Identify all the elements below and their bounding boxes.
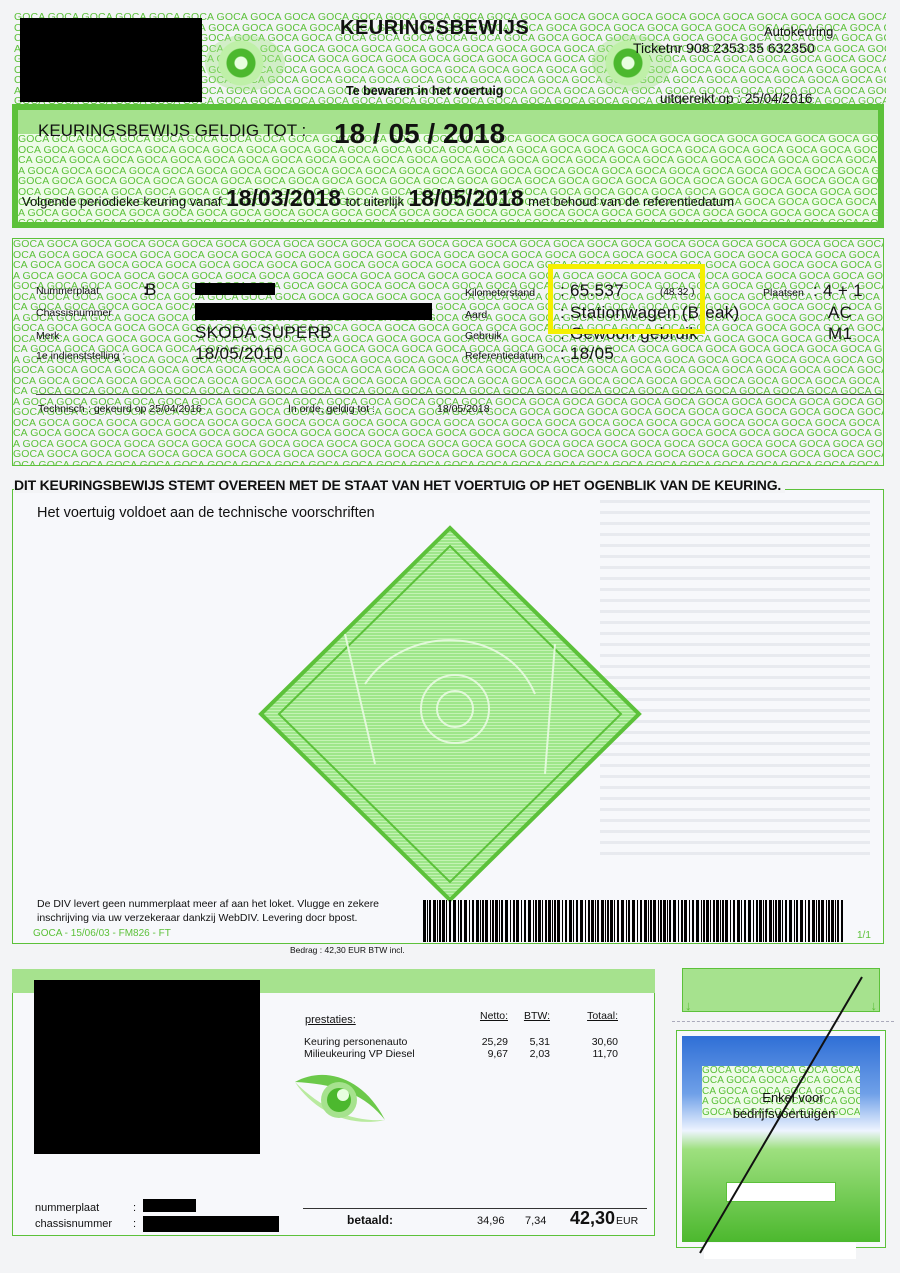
km-label: Kilometerstand: [465, 287, 535, 299]
tech-label: Technisch: [38, 403, 85, 415]
type-label: Aard: [465, 309, 487, 321]
ticket-number: Ticketnr 908 2353 35 632350: [633, 40, 815, 56]
goca-watermark-vehicle: GOCA GOCA GOCA GOCA GOCA GOCA GOCA GOCA …: [12, 238, 884, 466]
invoice-plate-colon: :: [133, 1202, 136, 1214]
col-net: Netto:: [460, 1010, 512, 1022]
paid-net: 34,96: [477, 1215, 505, 1227]
invoice-plate-label: nummerplaat: [35, 1202, 99, 1214]
redacted-chassis: [195, 303, 432, 320]
invoice-chassis-colon: :: [133, 1218, 136, 1230]
plate-colon: :: [143, 280, 149, 300]
brand-label: Merk: [36, 330, 59, 342]
cross-out-line: [690, 975, 870, 1255]
tech-ok-date: 18/05/2018: [437, 403, 490, 415]
org-label: Autokeuring: [764, 24, 833, 39]
conformity-text: Het voertuig voldoet aan de technische v…: [37, 505, 375, 521]
arrow-down-icon: ↓: [871, 998, 878, 1013]
highlight-box: [548, 264, 705, 334]
tech-checked: : gekeurd op 25/04/2016: [88, 403, 202, 415]
next-from-date: 18/03/2018: [226, 185, 341, 211]
chassis-label: Chassisnummer: [36, 307, 112, 319]
first-registration-value: 18/05/2010: [195, 344, 283, 364]
usage-label: Gebruik: [465, 330, 502, 342]
declaration: DIT KEURINGSBEWIJS STEMT OVEREEN MET DE …: [14, 477, 785, 493]
paid-total: 42,30EUR: [570, 1208, 638, 1229]
document-title: KEURINGSBEWIJS: [340, 17, 529, 40]
ticket-value: 908 2353 35 632350: [686, 40, 814, 56]
table-row: Keuring personenauto 25,29 5,31 30,60: [300, 1036, 622, 1048]
fees-table: Netto: BTW: Totaal: Keuring personenauto…: [300, 1010, 622, 1060]
eye-logo-icon: [293, 1070, 388, 1130]
redacted-address: [20, 18, 202, 102]
div-notice-line-2: inschrijving via uw verzekeraar dankzij …: [37, 911, 379, 925]
next-label-3: met behoud van de referentiedatum: [528, 194, 734, 209]
ref-date-value: : 18/05: [560, 344, 614, 364]
fees-header-row: Netto: BTW: Totaal:: [300, 1010, 622, 1022]
redacted-invoice-plate: [143, 1199, 196, 1212]
paid-vat: 7,34: [525, 1215, 546, 1227]
valid-until-date: 18 / 05 / 2018: [334, 118, 505, 150]
form-code: GOCA - 15/06/03 - FM826 - FT: [33, 928, 171, 939]
amount-line: Bedrag : 42,30 EUR BTW incl.: [290, 945, 405, 955]
redacted-customer-address: [34, 980, 260, 1154]
redacted-invoice-chassis: [143, 1216, 279, 1232]
plate-label: Nummerplaat: [36, 285, 99, 297]
strike-line: [36, 394, 884, 395]
document-subtitle: Te bewaren in het voertuig: [346, 84, 503, 98]
seats-label: Plaatsen: [763, 287, 804, 299]
next-inspection-line: Volgende periodieke keuring vanaf 18/03/…: [22, 185, 734, 212]
table-row: Milieukeuring VP Diesel 9,67 2,03 11,70: [300, 1048, 622, 1060]
page-number: 1/1: [857, 930, 871, 941]
paid-total-value: 42,30: [570, 1208, 615, 1228]
paid-label: betaald:: [347, 1213, 393, 1227]
div-notice: De DIV levert geen nummerplaat meer af a…: [37, 897, 379, 925]
col-vat: BTW:: [512, 1010, 554, 1022]
ticket-label: Ticketnr: [633, 40, 682, 56]
next-until-date: 18/05/2018: [409, 185, 524, 211]
barcode: [423, 900, 843, 942]
conformity-seal-icon: [255, 524, 645, 904]
next-label-1: Volgende periodieke keuring vanaf: [22, 194, 221, 209]
category: M1: [828, 324, 852, 344]
first-registration-label: 1e indienststelling :: [36, 350, 125, 362]
div-notice-line-1: De DIV levert geen nummerplaat meer af a…: [37, 897, 379, 911]
ref-date-label: Referentiedatum: [465, 350, 543, 362]
next-label-2: tot uiterlijk: [346, 194, 405, 209]
tech-ok-label: In orde, geldig tot :: [288, 403, 375, 415]
brand-value: SKODA SUPERB: [195, 323, 332, 343]
eye-logo-icon: [205, 35, 285, 91]
invoice-chassis-label: chassisnummer: [35, 1218, 112, 1230]
valid-until-label: KEURINGSBEWIJS GELDIG TOT :: [38, 121, 306, 141]
col-total: Totaal:: [554, 1010, 622, 1022]
seats-value: : 4 + 1: [813, 281, 863, 301]
redacted-plate: [195, 283, 275, 295]
body-code: AC: [828, 303, 852, 323]
currency: EUR: [616, 1215, 638, 1227]
